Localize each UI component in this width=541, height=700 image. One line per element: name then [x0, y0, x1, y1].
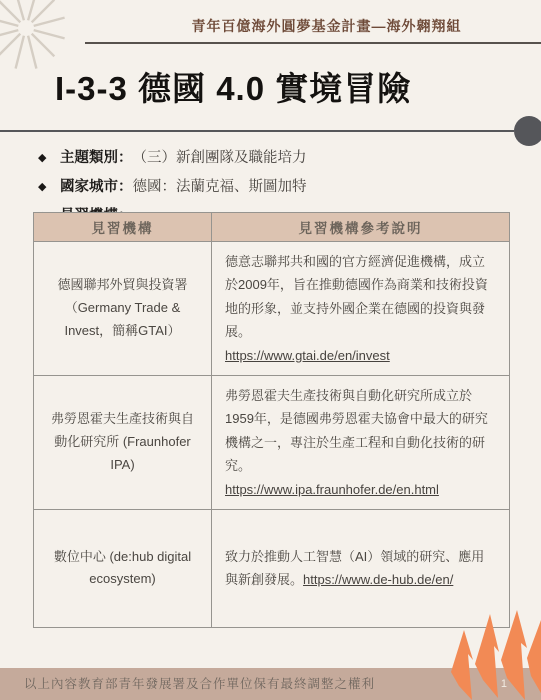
bullet-text: 德國：法蘭克福、斯圖加特	[133, 173, 307, 202]
org-description-text: 弗勞恩霍夫生產技術與自動化研究所成立於1959年，是德國弗勞恩霍夫協會中最大的研…	[225, 388, 488, 473]
bullet-topic-category: ◆ 主題類別： （三）新創團隊及職能培力	[38, 144, 521, 173]
bullet-label: 主題類別：	[60, 144, 133, 173]
program-header: 青年百億海外圓夢基金計畫—海外翱翔組	[160, 16, 493, 36]
table-row: 德國聯邦外貿與投資署（Germany Trade & Invest，簡稱GTAI…	[34, 242, 510, 376]
zigzag-decoration-icon	[449, 608, 541, 700]
column-header-org: 見習機構	[34, 213, 212, 242]
divider-line	[0, 130, 514, 132]
divider-dot-icon	[514, 116, 541, 146]
org-description-text: 德意志聯邦共和國的官方經濟促進機構，成立於2009年，旨在推動德國作為商業和技術…	[225, 254, 488, 339]
org-name: 弗勞恩霍夫生產技術與自動化研究所 (Fraunhofer IPA)	[34, 375, 212, 509]
bullet-country-city: ◆ 國家城市： 德國：法蘭克福、斯圖加特	[38, 173, 521, 202]
internship-org-table: 見習機構 見習機構參考說明 德國聯邦外貿與投資署（Germany Trade &…	[33, 212, 510, 628]
table-row: 弗勞恩霍夫生產技術與自動化研究所 (Fraunhofer IPA) 弗勞恩霍夫生…	[34, 375, 510, 509]
footer-disclaimer: 以上內容教育部青年發展署及合作單位保有最終調整之權利	[24, 668, 375, 700]
org-name: 數位中心 (de:hub digital ecosystem)	[34, 509, 212, 627]
diamond-bullet-icon: ◆	[38, 173, 60, 202]
org-link[interactable]: https://www.ipa.fraunhofer.de/en.html	[225, 478, 439, 501]
table-header-row: 見習機構 見習機構參考說明	[34, 213, 510, 242]
org-name: 德國聯邦外貿與投資署（Germany Trade & Invest，簡稱GTAI…	[34, 242, 212, 376]
column-header-desc: 見習機構參考說明	[212, 213, 510, 242]
diamond-bullet-icon: ◆	[38, 144, 60, 173]
org-description: 德意志聯邦共和國的官方經濟促進機構，成立於2009年，旨在推動德國作為商業和技術…	[212, 242, 510, 376]
header-rule	[85, 42, 541, 44]
slide-page: 青年百億海外圓夢基金計畫—海外翱翔組 I-3-3 德國 4.0 實境冒險 ◆ 主…	[0, 0, 541, 700]
page-title: I-3-3 德國 4.0 實境冒險	[55, 63, 411, 110]
table-row: 數位中心 (de:hub digital ecosystem) 致力於推動人工智…	[34, 509, 510, 627]
bullet-label: 國家城市：	[60, 173, 133, 202]
org-description: 弗勞恩霍夫生產技術與自動化研究所成立於1959年，是德國弗勞恩霍夫協會中最大的研…	[212, 375, 510, 509]
bullet-text: （三）新創團隊及職能培力	[133, 144, 307, 173]
org-link[interactable]: https://www.de-hub.de/en/	[303, 572, 453, 587]
org-link[interactable]: https://www.gtai.de/en/invest	[225, 344, 390, 367]
